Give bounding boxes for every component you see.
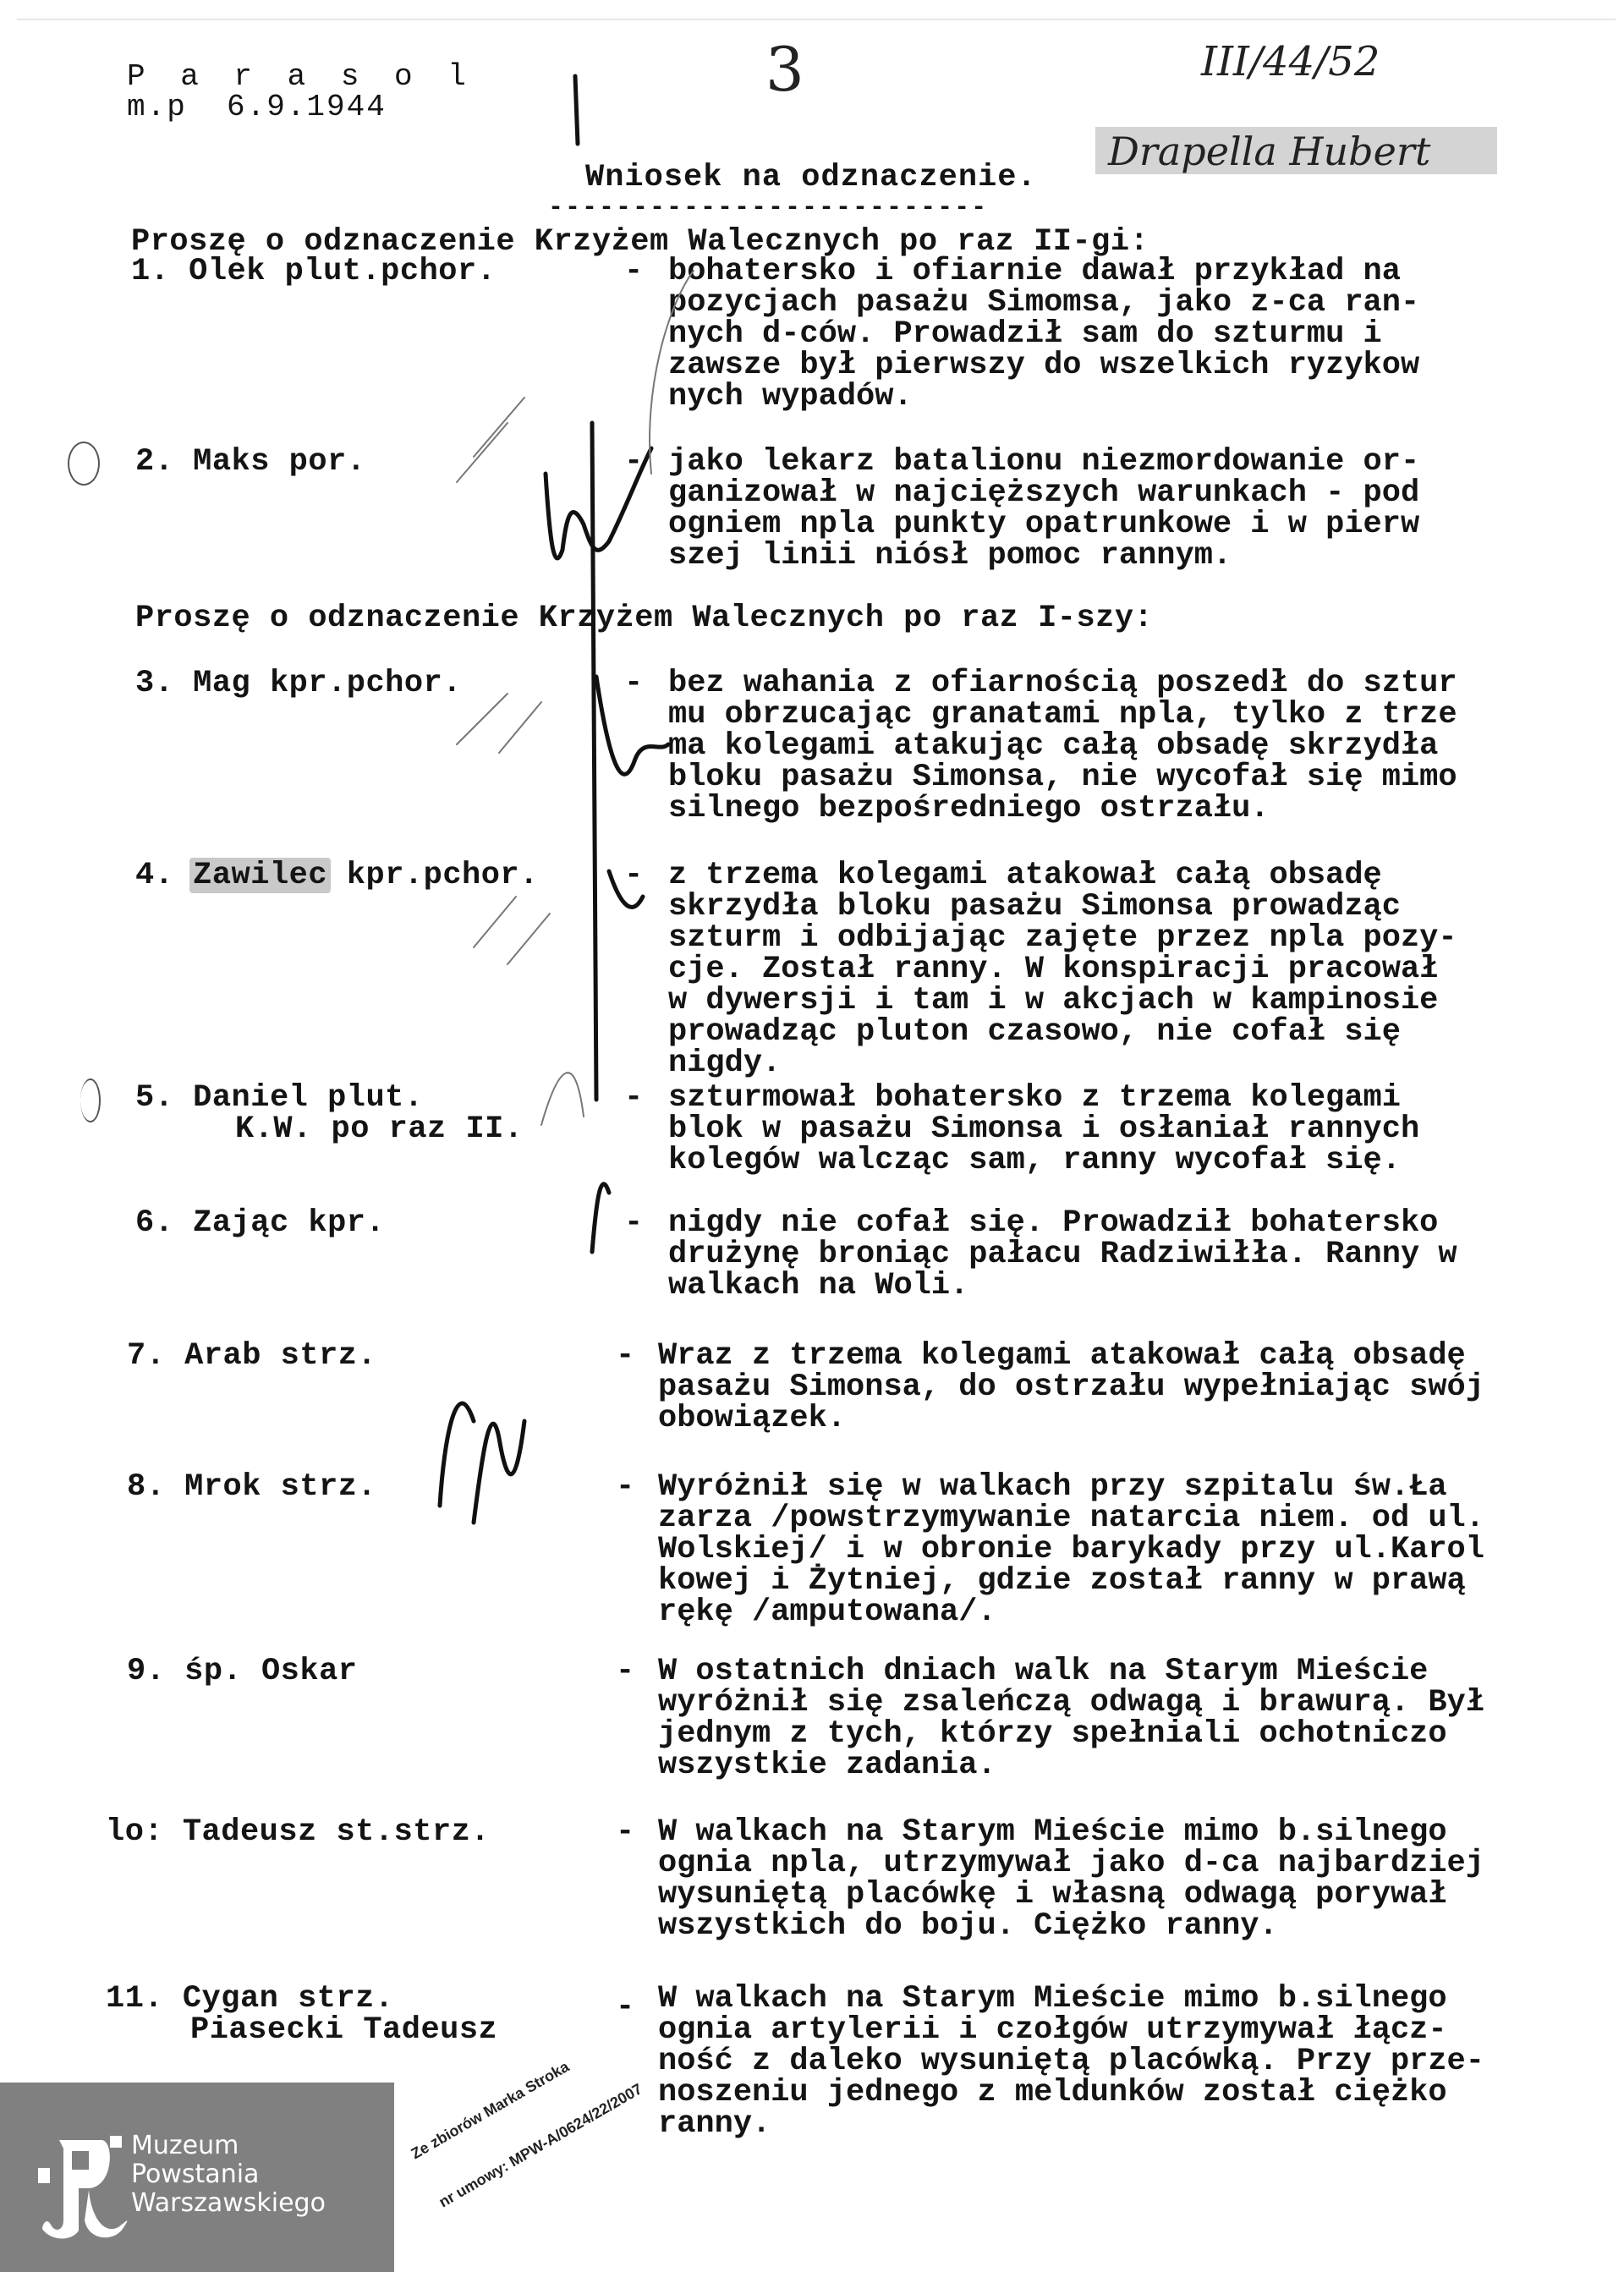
entry-number: 2.	[135, 444, 173, 480]
entry-dash: -	[616, 1341, 635, 1372]
entry-number: 8.	[127, 1469, 165, 1505]
page-top-edge	[17, 19, 1616, 20]
entry-number: 4.	[135, 858, 173, 893]
entry-number: 9.	[127, 1654, 165, 1689]
entry-description: bez wahania z ofiarnością poszedł do szt…	[668, 668, 1457, 825]
entry-person: Mrok strz.	[184, 1469, 376, 1505]
entry-person: Tadeusz st.strz.	[183, 1814, 490, 1850]
document-title: Wniosek na odznaczenie.	[585, 162, 1037, 194]
entry-person: Arab strz.	[184, 1338, 376, 1374]
entry-dash: -	[624, 1208, 644, 1239]
entry-description: W walkach na Starym Mieście mimo b.silne…	[658, 1984, 1484, 2140]
entry-person: Mag kpr.pchor.	[193, 666, 462, 701]
entry-description: bohatersko i ofiarnie dawał przykład na …	[668, 256, 1419, 413]
entry-dash: -	[616, 1472, 635, 1503]
entry-number: 3.	[135, 666, 173, 701]
entry-number: lo:	[106, 1814, 163, 1850]
handwritten-page-number: 3	[765, 34, 804, 105]
entry-number: 11.	[106, 1981, 163, 2017]
entry-number: 6.	[135, 1205, 173, 1241]
entry-dash: -	[616, 1817, 635, 1848]
highlighted-surname: Zawilec	[189, 858, 331, 893]
entry-description: szturmował bohatersko z trzema kolegami …	[668, 1083, 1419, 1177]
header-date: m.p 6.9.1944	[127, 91, 387, 123]
museum-name: Muzeum Powstania Warszawskiego	[131, 2132, 326, 2218]
entry-dash: -	[624, 256, 644, 288]
margin-circle-mark	[68, 442, 100, 486]
entry-person: śp. Oskar	[184, 1654, 357, 1689]
entry-description: z trzema kolegami atakował całą obsadę s…	[668, 860, 1457, 1079]
entry-description: Wraz z trzema kolegami atakował całą obs…	[658, 1341, 1484, 1435]
entry-person-real-name: Piasecki Tadeusz	[190, 2015, 497, 2046]
entry-person: Cygan strz.	[183, 1981, 394, 2017]
entry-dash: -	[616, 1656, 635, 1688]
entry-description: jako lekarz batalionu niezmordowanie or-…	[668, 447, 1419, 572]
entry-number: 1.	[131, 254, 169, 289]
entry-description: Wyróżnił się w walkach przy szpitalu św.…	[658, 1472, 1484, 1628]
title-underline: --------------------------	[548, 193, 988, 224]
entry-dash: -	[616, 1992, 635, 2023]
entry-description: W ostatnich dniach walk na Starym Mieści…	[658, 1656, 1484, 1781]
entry-person: Maks por.	[193, 444, 365, 480]
entry-dash: -	[624, 668, 644, 700]
entry-description: nigdy nie cofał się. Prowadził bohatersk…	[668, 1208, 1457, 1302]
margin-circle-mark	[80, 1078, 101, 1122]
entry-dash: -	[624, 1083, 644, 1114]
entry-person-note: K.W. po raz II.	[235, 1114, 524, 1145]
entry-dash: -	[624, 860, 644, 892]
kotwica-anchor-icon	[38, 2136, 140, 2246]
entry-person: kpr.pchor.	[347, 858, 539, 893]
entry-description: W walkach na Starym Mieście mimo b.silne…	[658, 1817, 1484, 1942]
header-unit: P a r a s o l	[127, 61, 475, 92]
entry-person: Olek plut.pchor.	[189, 254, 496, 289]
entry-dash: -	[624, 447, 644, 478]
entry-person: Zając kpr.	[193, 1205, 385, 1241]
entry-number: 5.	[135, 1080, 173, 1116]
entry-number: 7.	[127, 1338, 165, 1374]
handwritten-archive-reference: III/44/52	[1201, 38, 1380, 85]
entry-person: Daniel plut.	[193, 1080, 423, 1116]
document-page: P a r a s o l m.p 6.9.1944 3 III/44/52 D…	[0, 0, 1624, 2272]
section-heading-first-award: Proszę o odznaczenie Krzyżem Walecznych …	[135, 603, 1153, 634]
handwritten-name-annotation: Drapella Hubert	[1108, 129, 1430, 174]
